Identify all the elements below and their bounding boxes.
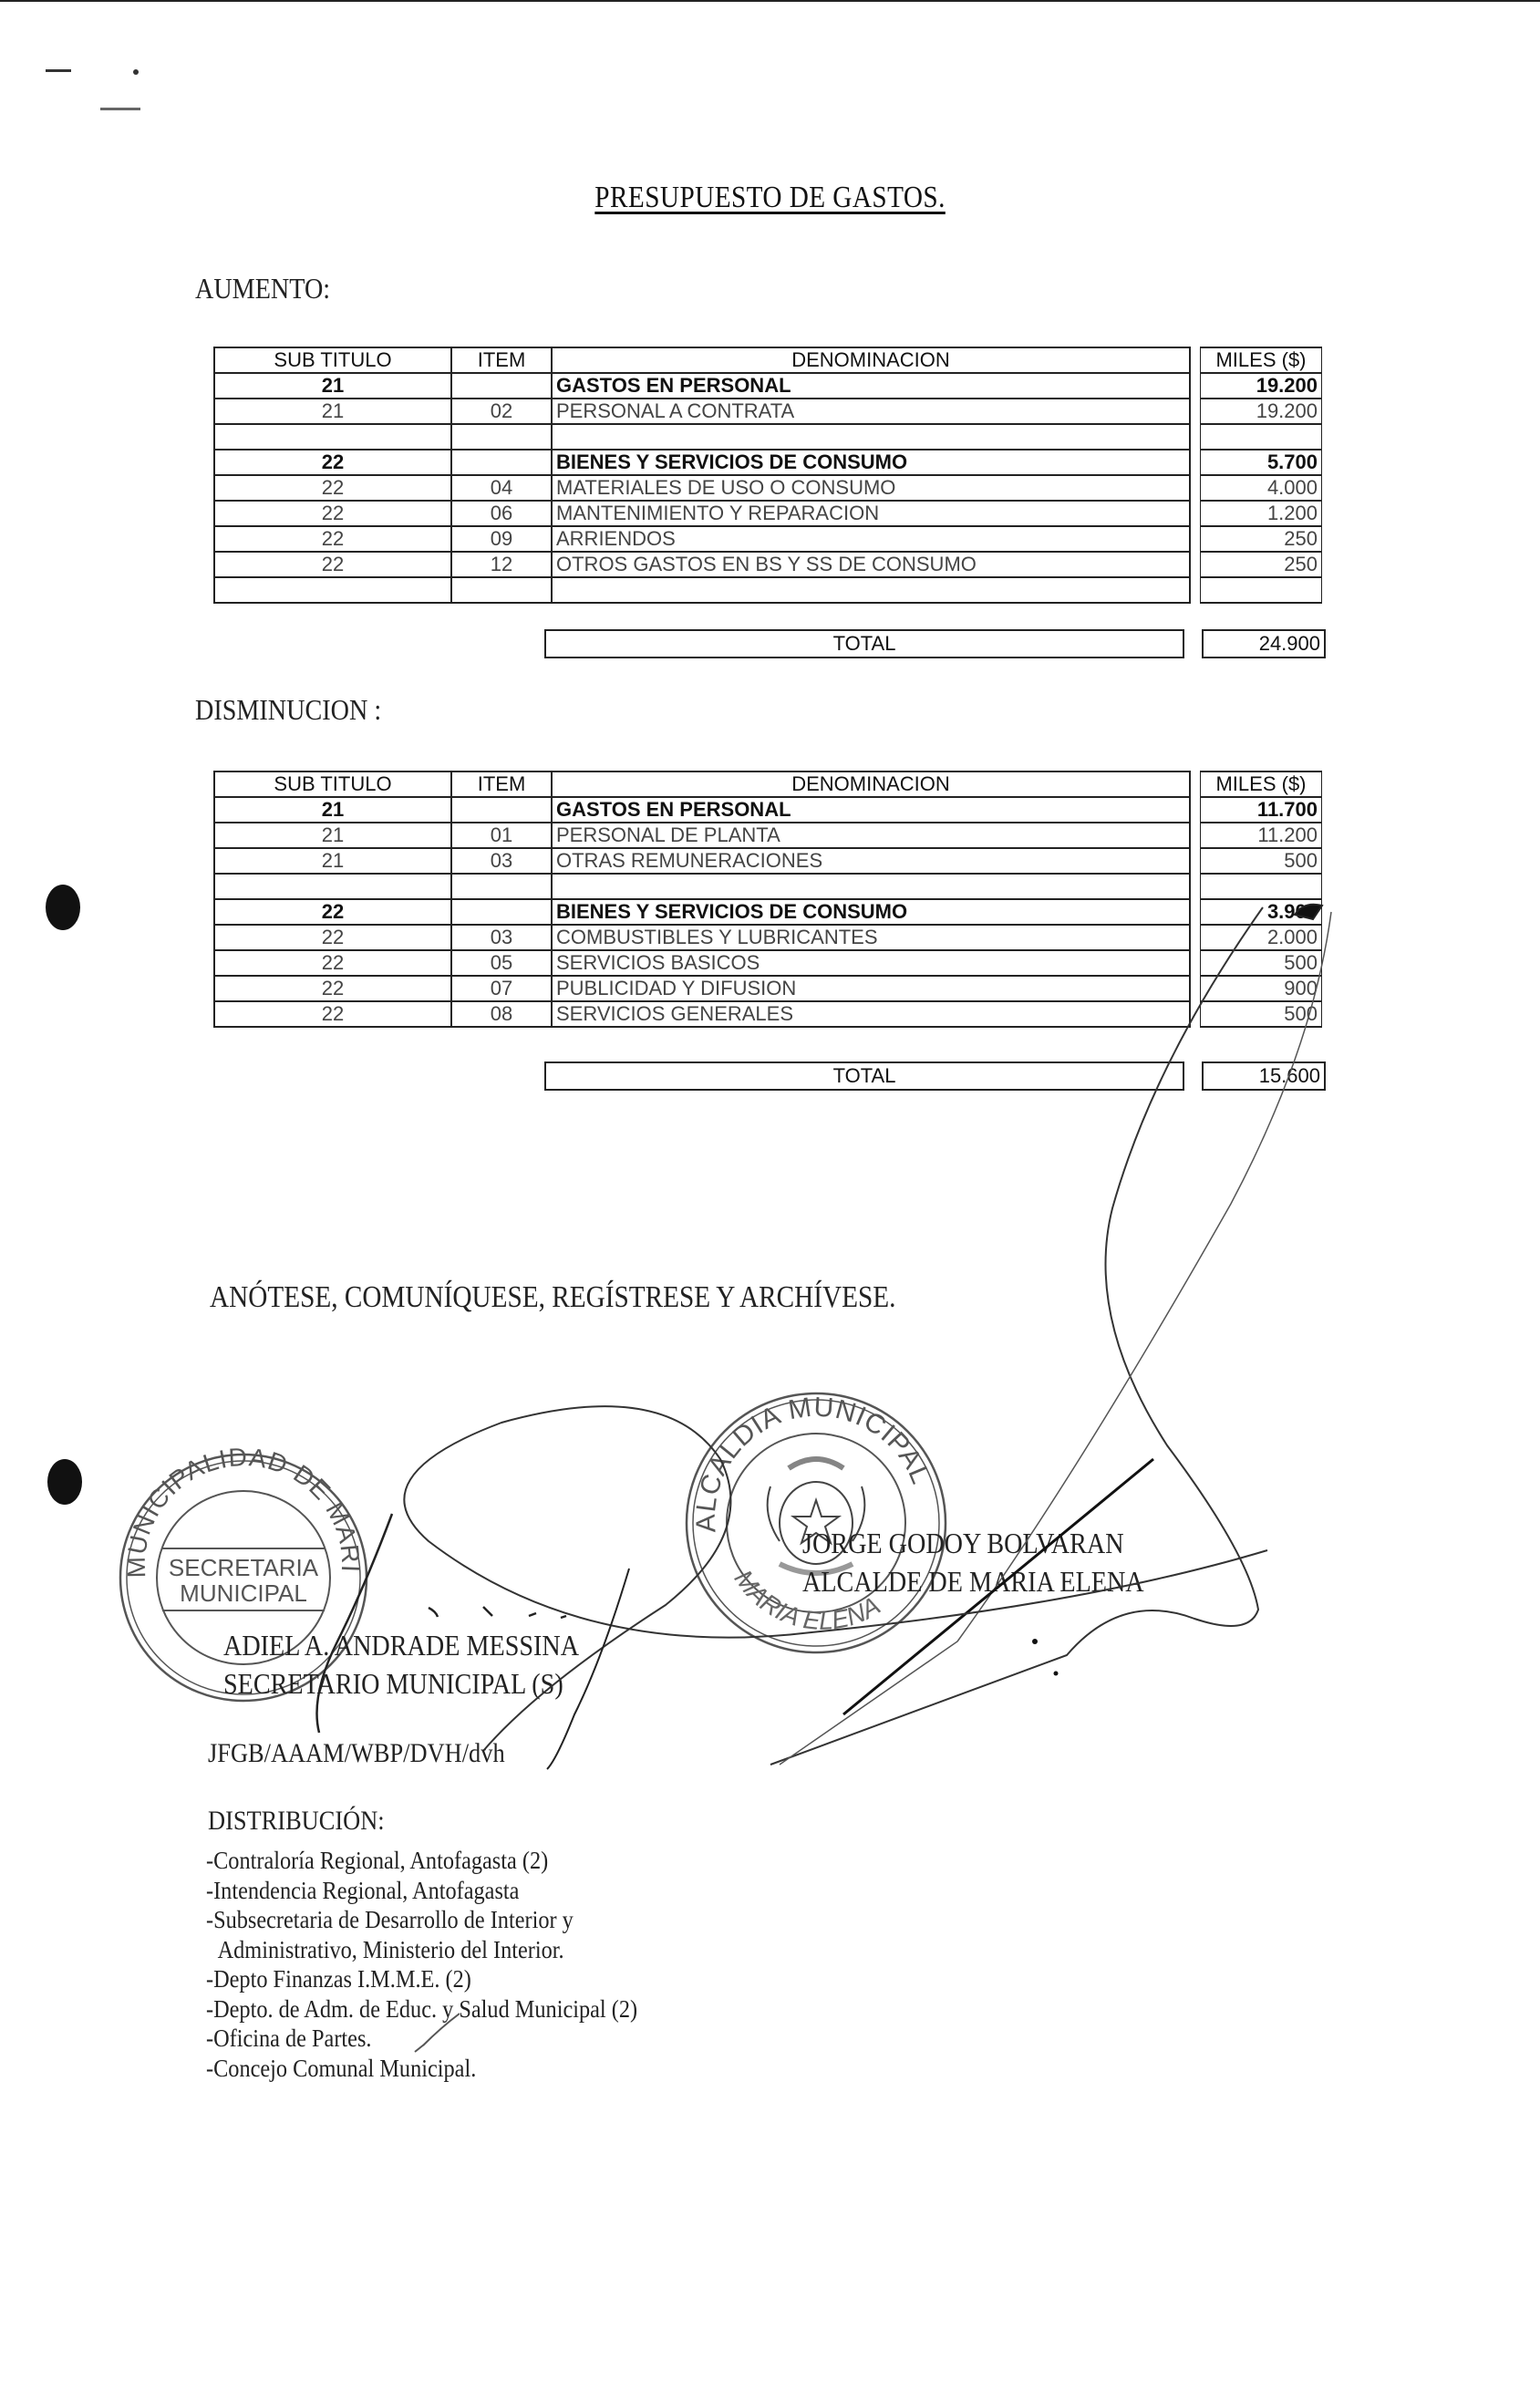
table-row: 2103OTRAS REMUNERACIONES xyxy=(214,848,1190,874)
cell-subtitulo: 22 xyxy=(214,1001,451,1027)
punch-hole xyxy=(47,1459,82,1505)
cell-miles: 500 xyxy=(1201,848,1322,874)
distribution-item: -Contraloría Regional, Antofagasta (2) xyxy=(206,1846,637,1876)
amount-row: 11.700 xyxy=(1201,797,1322,823)
cell-item xyxy=(451,577,552,603)
cell-denominacion: GASTOS EN PERSONAL xyxy=(552,373,1190,399)
distribution-item: -Concejo Comunal Municipal. xyxy=(206,2054,637,2084)
table-row xyxy=(214,577,1190,603)
amount-row: 250 xyxy=(1201,526,1322,552)
header-denominacion: DENOMINACION xyxy=(552,771,1190,797)
cell-denominacion: ARRIENDOS xyxy=(552,526,1190,552)
table-row: 2212OTROS GASTOS EN BS Y SS DE CONSUMO xyxy=(214,552,1190,577)
table-row: 2206MANTENIMIENTO Y REPARACION xyxy=(214,501,1190,526)
cell-miles: 11.200 xyxy=(1201,823,1322,848)
table-row: 22BIENES Y SERVICIOS DE CONSUMO xyxy=(214,450,1190,475)
header-denominacion: DENOMINACION xyxy=(552,347,1190,373)
table-header-row: SUB TITULO ITEM DENOMINACION xyxy=(214,771,1190,797)
aumento-total-value: 24.900 xyxy=(1202,629,1326,658)
disminucion-table: SUB TITULO ITEM DENOMINACION 21GASTOS EN… xyxy=(213,771,1191,1028)
cell-subtitulo: 22 xyxy=(214,450,451,475)
amount-row xyxy=(1201,424,1322,450)
cell-subtitulo: 22 xyxy=(214,976,451,1001)
secretary-role: SECRETARIO MUNICIPAL (S) xyxy=(223,1667,563,1701)
cell-subtitulo: 21 xyxy=(214,848,451,874)
disminucion-amount-column: MILES ($) 11.70011.2005003.9002.00050090… xyxy=(1200,771,1322,1028)
cell-item: 07 xyxy=(451,976,552,1001)
amount-row: 5.700 xyxy=(1201,450,1322,475)
distribution-item: Administrativo, Ministerio del Interior. xyxy=(206,1935,637,1965)
scan-mark xyxy=(46,69,71,72)
amount-row xyxy=(1201,874,1322,899)
section-label-disminucion: DISMINUCION : xyxy=(195,693,381,727)
cell-subtitulo: 21 xyxy=(214,373,451,399)
table-row: 2102PERSONAL A CONTRATA xyxy=(214,399,1190,424)
cell-miles: 3.900 xyxy=(1201,899,1322,925)
cell-miles: 19.200 xyxy=(1201,399,1322,424)
cell-denominacion: COMBUSTIBLES Y LUBRICANTES xyxy=(552,925,1190,950)
table-header-row: SUB TITULO ITEM DENOMINACION xyxy=(214,347,1190,373)
cell-miles: 5.700 xyxy=(1201,450,1322,475)
cell-miles: 1.200 xyxy=(1201,501,1322,526)
cell-miles xyxy=(1201,874,1322,899)
amount-row: 11.200 xyxy=(1201,823,1322,848)
scan-top-edge xyxy=(0,0,1540,2)
cell-item xyxy=(451,373,552,399)
cell-miles: 900 xyxy=(1201,976,1322,1001)
table-row: 22BIENES Y SERVICIOS DE CONSUMO xyxy=(214,899,1190,925)
amount-row: 19.200 xyxy=(1201,373,1322,399)
cell-subtitulo: 22 xyxy=(214,475,451,501)
cell-denominacion: BIENES Y SERVICIOS DE CONSUMO xyxy=(552,899,1190,925)
cell-item xyxy=(451,424,552,450)
cell-subtitulo xyxy=(214,577,451,603)
table-row: 2204MATERIALES DE USO O CONSUMO xyxy=(214,475,1190,501)
cell-miles: 4.000 xyxy=(1201,475,1322,501)
reference-initials: JFGB/AAAM/WBP/DVH/dvh xyxy=(208,1738,505,1769)
cell-subtitulo: 22 xyxy=(214,950,451,976)
amount-row: 500 xyxy=(1201,1001,1322,1027)
cell-item: 12 xyxy=(451,552,552,577)
cell-miles: 11.700 xyxy=(1201,797,1322,823)
cell-item: 09 xyxy=(451,526,552,552)
cell-denominacion: SERVICIOS GENERALES xyxy=(552,1001,1190,1027)
distribution-title: DISTRIBUCIÓN: xyxy=(208,1806,385,1837)
cell-miles: 250 xyxy=(1201,552,1322,577)
cell-miles xyxy=(1201,577,1322,603)
mayor-stamp: ALCALDIA MUNICIPAL MARIA ELENA xyxy=(679,1386,953,1660)
cell-item: 06 xyxy=(451,501,552,526)
cell-item: 03 xyxy=(451,848,552,874)
amount-row: 500 xyxy=(1201,848,1322,874)
cell-subtitulo xyxy=(214,874,451,899)
amount-row xyxy=(1201,577,1322,603)
header-item: ITEM xyxy=(451,347,552,373)
cell-denominacion xyxy=(552,874,1190,899)
distribution-item: -Subsecretaria de Desarrollo de Interior… xyxy=(206,1905,637,1935)
cell-miles: 500 xyxy=(1201,1001,1322,1027)
cell-item: 05 xyxy=(451,950,552,976)
cell-item xyxy=(451,797,552,823)
cell-subtitulo: 22 xyxy=(214,526,451,552)
table-row: 2203COMBUSTIBLES Y LUBRICANTES xyxy=(214,925,1190,950)
svg-text:SECRETARIA: SECRETARIA xyxy=(169,1554,319,1581)
cell-subtitulo xyxy=(214,424,451,450)
aumento-total-label: TOTAL xyxy=(544,629,1184,658)
table-row xyxy=(214,874,1190,899)
table-row xyxy=(214,424,1190,450)
cell-denominacion: SERVICIOS BASICOS xyxy=(552,950,1190,976)
cell-denominacion xyxy=(552,577,1190,603)
cell-denominacion: PERSONAL DE PLANTA xyxy=(552,823,1190,848)
punch-hole xyxy=(46,885,80,930)
cell-denominacion: PERSONAL A CONTRATA xyxy=(552,399,1190,424)
amount-row: 900 xyxy=(1201,976,1322,1001)
cell-item xyxy=(451,874,552,899)
cell-item: 04 xyxy=(451,475,552,501)
cell-denominacion: OTRAS REMUNERACIONES xyxy=(552,848,1190,874)
cell-miles: 2.000 xyxy=(1201,925,1322,950)
cell-subtitulo: 22 xyxy=(214,552,451,577)
table-row: 2101PERSONAL DE PLANTA xyxy=(214,823,1190,848)
secretary-name: ADIEL A. ANDRADE MESSINA xyxy=(223,1629,579,1662)
table-row: 2205SERVICIOS BASICOS xyxy=(214,950,1190,976)
cell-subtitulo: 21 xyxy=(214,823,451,848)
table-row: 2209ARRIENDOS xyxy=(214,526,1190,552)
cell-miles xyxy=(1201,424,1322,450)
cell-item: 08 xyxy=(451,1001,552,1027)
table-row: 2207PUBLICIDAD Y DIFUSION xyxy=(214,976,1190,1001)
svg-text:MUNICIPAL: MUNICIPAL xyxy=(180,1579,307,1607)
cell-miles: 500 xyxy=(1201,950,1322,976)
cell-denominacion: PUBLICIDAD Y DIFUSION xyxy=(552,976,1190,1001)
secretary-stamp: MUNICIPALIDAD DE MARIA ELENA SECRETARIA … xyxy=(111,1441,376,1705)
table-row: 21GASTOS EN PERSONAL xyxy=(214,797,1190,823)
amount-row: 250 xyxy=(1201,552,1322,577)
cell-subtitulo: 22 xyxy=(214,925,451,950)
aumento-table: SUB TITULO ITEM DENOMINACION 21GASTOS EN… xyxy=(213,347,1191,604)
page-title: PRESUPUESTO DE GASTOS. xyxy=(0,181,1540,215)
amount-header-row: MILES ($) xyxy=(1201,771,1322,797)
mayor-name: JORGE GODOY BOLVARAN xyxy=(802,1527,1124,1560)
table-row: 2208SERVICIOS GENERALES xyxy=(214,1001,1190,1027)
disminucion-total-value: 15.600 xyxy=(1202,1061,1326,1091)
disminucion-total-label: TOTAL xyxy=(544,1061,1184,1091)
header-subtitulo: SUB TITULO xyxy=(214,347,451,373)
distribution-item: -Intendencia Regional, Antofagasta xyxy=(206,1876,637,1906)
cell-denominacion: GASTOS EN PERSONAL xyxy=(552,797,1190,823)
amount-row: 4.000 xyxy=(1201,475,1322,501)
amount-row: 2.000 xyxy=(1201,925,1322,950)
table-row: 21GASTOS EN PERSONAL xyxy=(214,373,1190,399)
distribution-item: -Depto Finanzas I.M.M.E. (2) xyxy=(206,1964,637,1994)
amount-header-row: MILES ($) xyxy=(1201,347,1322,373)
mayor-role: ALCALDE DE MARIA ELENA xyxy=(802,1565,1144,1599)
cell-denominacion: OTROS GASTOS EN BS Y SS DE CONSUMO xyxy=(552,552,1190,577)
cell-item: 01 xyxy=(451,823,552,848)
cell-denominacion: MANTENIMIENTO Y REPARACION xyxy=(552,501,1190,526)
header-miles: MILES ($) xyxy=(1201,347,1322,373)
amount-row: 19.200 xyxy=(1201,399,1322,424)
cell-item: 03 xyxy=(451,925,552,950)
cell-denominacion: MATERIALES DE USO O CONSUMO xyxy=(552,475,1190,501)
cell-subtitulo: 21 xyxy=(214,797,451,823)
distribution-item: -Oficina de Partes. xyxy=(206,2024,637,2054)
cell-item: 02 xyxy=(451,399,552,424)
scan-mark xyxy=(100,108,140,110)
aumento-amount-column: MILES ($) 19.20019.2005.7004.0001.200250… xyxy=(1200,347,1322,604)
closing-formula: ANÓTESE, COMUNÍQUESE, REGÍSTRESE Y ARCHÍ… xyxy=(210,1280,895,1315)
cell-miles: 250 xyxy=(1201,526,1322,552)
header-subtitulo: SUB TITULO xyxy=(214,771,451,797)
scan-mark xyxy=(133,69,139,75)
section-label-aumento: AUMENTO: xyxy=(195,272,330,305)
distribution-list: -Contraloría Regional, Antofagasta (2) -… xyxy=(206,1846,637,2083)
amount-row: 3.900 xyxy=(1201,899,1322,925)
cell-subtitulo: 21 xyxy=(214,399,451,424)
cell-denominacion: BIENES Y SERVICIOS DE CONSUMO xyxy=(552,450,1190,475)
cell-subtitulo: 22 xyxy=(214,899,451,925)
cell-denominacion xyxy=(552,424,1190,450)
header-miles: MILES ($) xyxy=(1201,771,1322,797)
header-item: ITEM xyxy=(451,771,552,797)
distribution-item: -Depto. de Adm. de Educ. y Salud Municip… xyxy=(206,1994,637,2024)
cell-miles: 19.200 xyxy=(1201,373,1322,399)
cell-item xyxy=(451,450,552,475)
amount-row: 1.200 xyxy=(1201,501,1322,526)
amount-row: 500 xyxy=(1201,950,1322,976)
cell-subtitulo: 22 xyxy=(214,501,451,526)
cell-item xyxy=(451,899,552,925)
